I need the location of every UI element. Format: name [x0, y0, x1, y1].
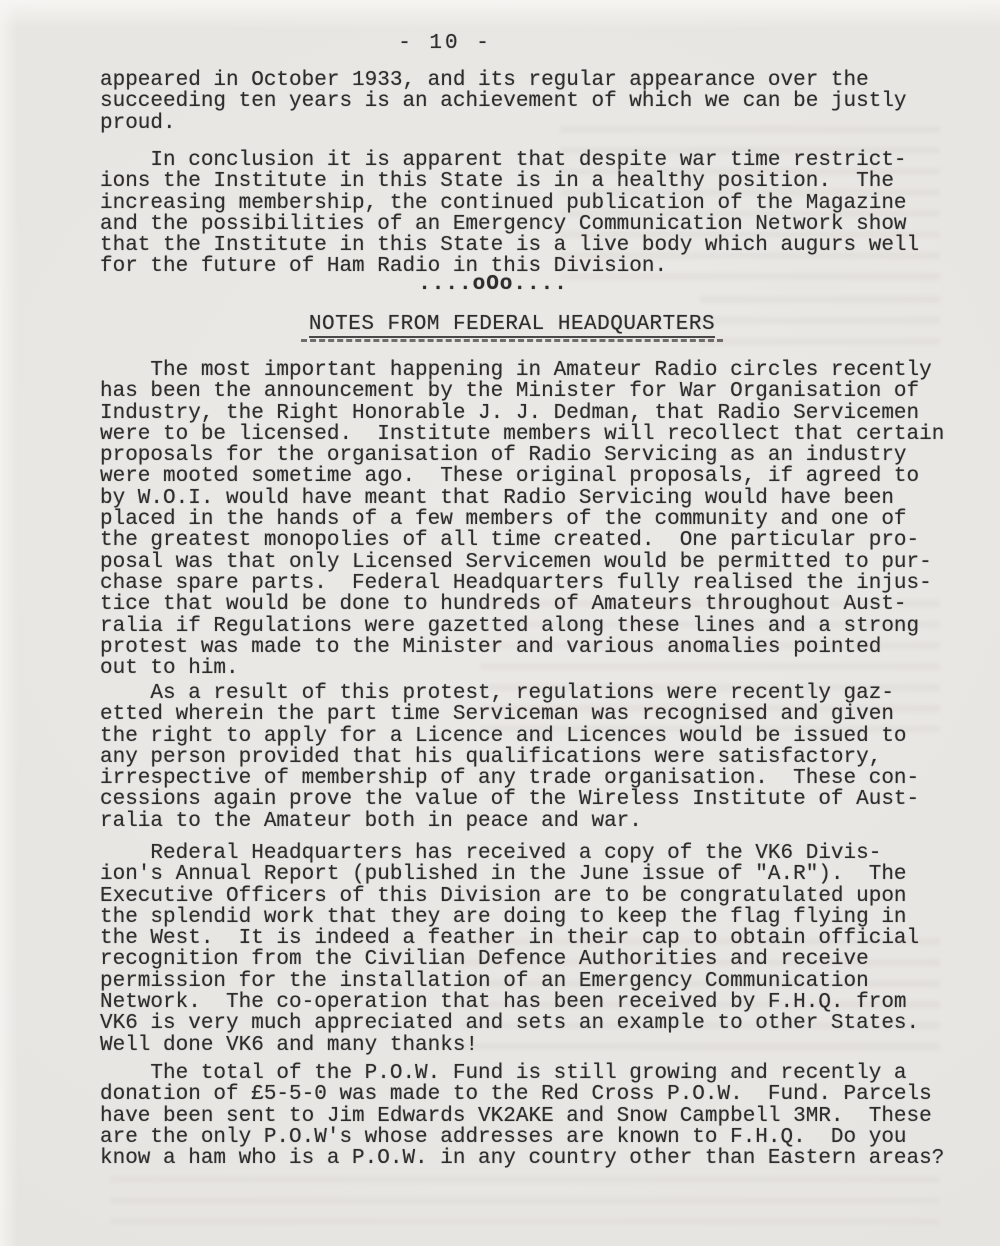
- paragraph-protest-result: As a result of this protest, regulations…: [100, 683, 919, 832]
- paragraph-conclusion: In conclusion it is apparent that despit…: [100, 150, 919, 278]
- section-separator: ....oOo....: [73, 274, 913, 295]
- paragraph-continuation: appeared in October 1933, and its regula…: [100, 70, 907, 134]
- paragraph-pow-fund: The total of the P.O.W. Fund is still gr…: [100, 1063, 944, 1169]
- section-heading-text: NOTES FROM FEDERAL HEADQUARTERS: [309, 314, 715, 338]
- paragraph-servicemen-licensing: The most important happening in Amateur …: [100, 360, 944, 679]
- scanned-document-page: - 10 - appeared in October 1933, and its…: [0, 0, 1000, 1246]
- section-heading: NOTES FROM FEDERAL HEADQUARTERS: [92, 314, 932, 338]
- page-number: - 10 -: [0, 33, 945, 54]
- paragraph-vk6-report: Rederal Headquarters has received a copy…: [100, 843, 919, 1056]
- bleedthrough-smudge: [110, 1168, 940, 1236]
